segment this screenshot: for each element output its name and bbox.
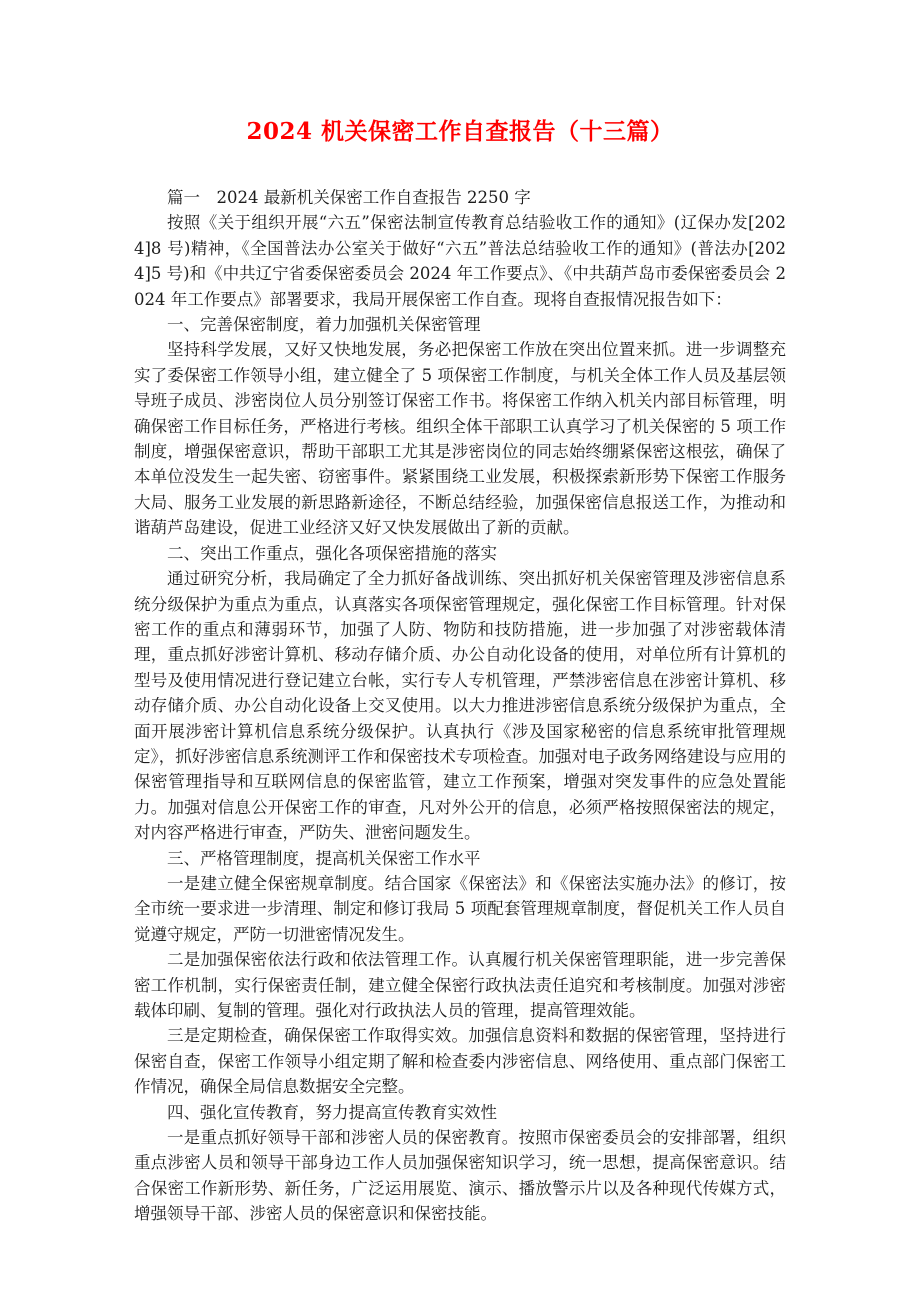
body-paragraph: 一是建立健全保密规章制度。结合国家《保密法》和《保密法实施办法》的修订，按全市统… — [134, 871, 786, 947]
section-heading: 三、严格管理制度，提高机关保密工作水平 — [134, 846, 786, 871]
document-page: 2024 机关保密工作自查报告（十三篇） 篇一 2024 最新机关保密工作自查报… — [0, 0, 920, 1302]
piece-subtitle: 篇一 2024 最新机关保密工作自查报告 2250 字 — [134, 185, 786, 210]
body-paragraph: 一是重点抓好领导干部和涉密人员的保密教育。按照市保密委员会的安排部署，组织重点涉… — [134, 1125, 786, 1227]
document-body: 篇一 2024 最新机关保密工作自查报告 2250 字按照《关于组织开展“六五”… — [134, 185, 786, 1227]
body-paragraph: 通过研究分析，我局确定了全力抓好备战训练、突出抓好机关保密管理及涉密信息系统分级… — [134, 566, 786, 845]
document-title: 2024 机关保密工作自查报告（十三篇） — [0, 0, 920, 149]
body-paragraph: 三是定期检查，确保保密工作取得实效。加强信息资料和数据的保密管理，坚持进行保密自… — [134, 1023, 786, 1099]
section-heading: 一、完善保密制度，着力加强机关保密管理 — [134, 312, 786, 337]
body-paragraph: 按照《关于组织开展“六五”保密法制宣传教育总结验收工作的通知》(辽保办发[202… — [134, 210, 786, 312]
body-paragraph: 二是加强保密依法行政和依法管理工作。认真履行机关保密管理职能，进一步完善保密工作… — [134, 947, 786, 1023]
section-heading: 二、突出工作重点，强化各项保密措施的落实 — [134, 541, 786, 566]
section-heading: 四、强化宣传教育，努力提高宣传教育实效性 — [134, 1100, 786, 1125]
body-paragraph: 坚持科学发展，又好又快地发展，务必把保密工作放在突出位置来抓。进一步调整充实了委… — [134, 337, 786, 540]
